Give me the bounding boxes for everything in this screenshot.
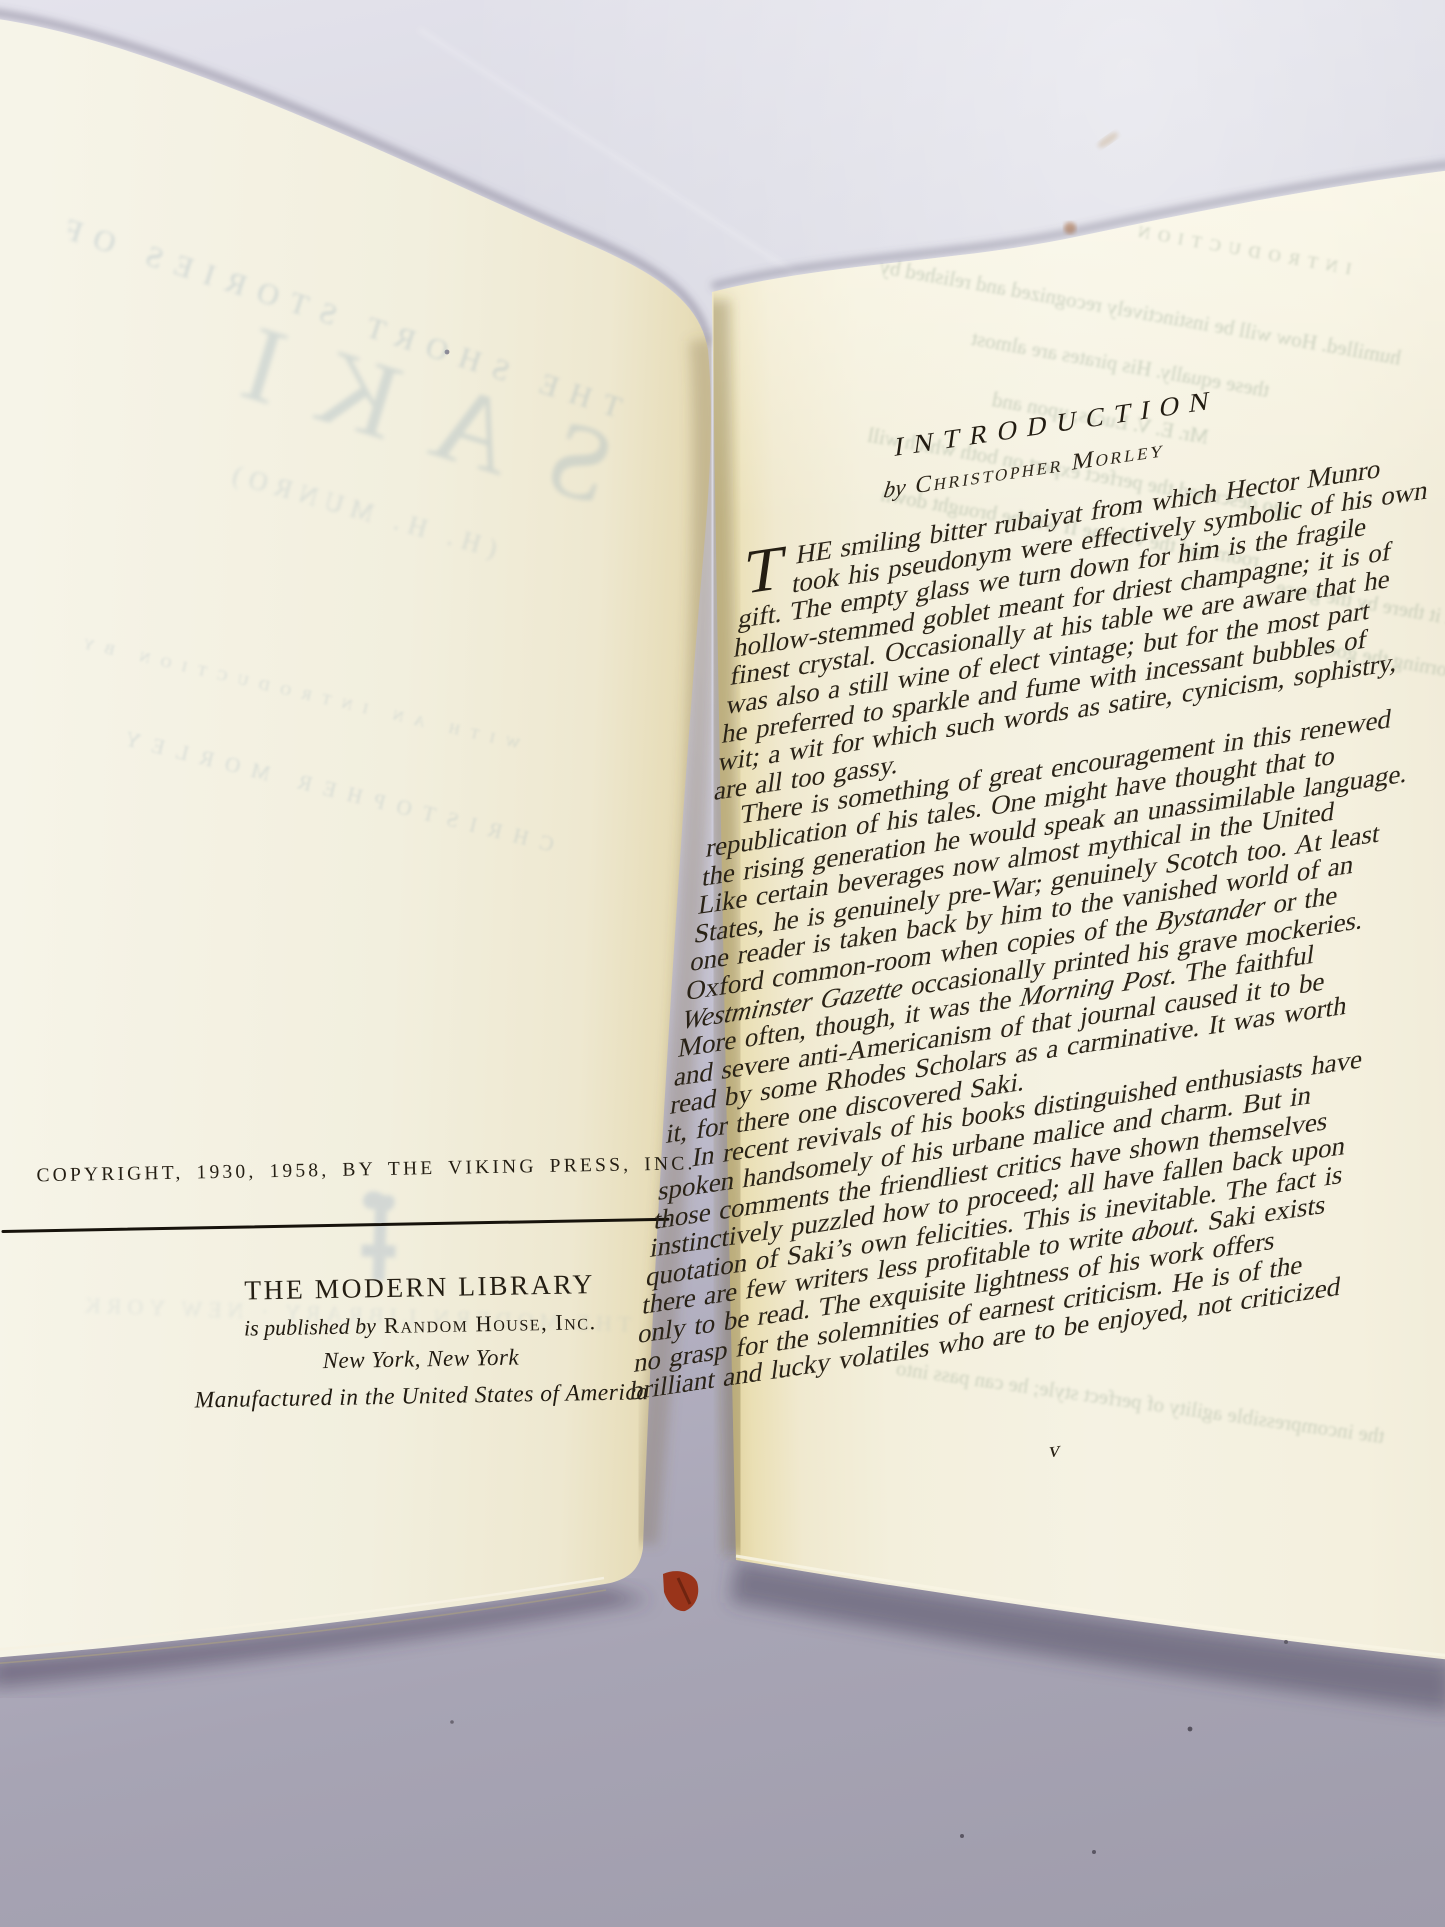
modern-library-line: THE MODERN LIBRARY [152,1267,686,1309]
foxing-spot [1064,222,1076,234]
headband-tassel [663,1571,698,1611]
dust-speck [1188,1727,1193,1732]
new-york-line: New York, New York [154,1342,688,1378]
published-by-italic: is published by [244,1314,376,1341]
foxing-streak [1096,130,1120,150]
dust-speck [445,350,450,355]
book-photo-scene: THE SHORT STORIES OF SAKI (H. H. MUNRO) … [0,0,1445,1927]
copyright-line: COPYRIGHT, 1930, 1958, BY THE VIKING PRE… [36,1153,700,1187]
random-house-smallcaps: Random House, Inc. [384,1309,597,1338]
introduction-paragraphs: T HE smiling bitter rubaiyat from which … [628,403,1445,1406]
dust-speck [1092,1850,1096,1854]
dust-speck [450,1720,454,1724]
byline-prefix: by [882,475,907,503]
dust-speck [960,1834,964,1838]
published-by-line: is published byRandom House, Inc. [153,1308,687,1344]
publisher-colophon: THE MODERN LIBRARY is published byRandom… [152,1267,688,1416]
dust-speck [1284,1640,1288,1644]
copyright-page: COPYRIGHT, 1930, 1958, BY THE VIKING PRE… [0,1137,705,1418]
divider-rule [1,1218,669,1234]
